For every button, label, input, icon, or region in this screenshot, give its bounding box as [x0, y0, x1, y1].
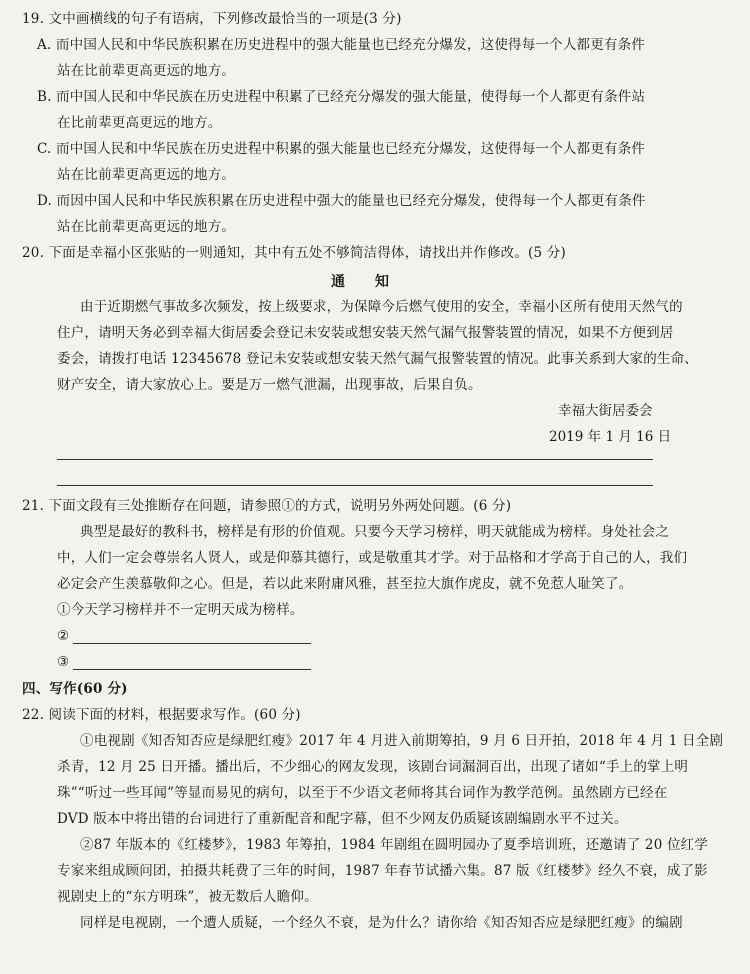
- q22-material2-line: 专家来组成顾问团，拍摄共耗费了三年的时间，1987 年春节试播六集。87 版《红…: [57, 862, 708, 880]
- q19-option-d-cont: 站在比前辈更高更远的地方。: [57, 218, 235, 236]
- q22-material1-line: ①电视剧《知否知否应是绿肥红瘦》2017 年 4 月进入前期筹拍，9 月 6 日…: [80, 732, 723, 750]
- q19-option-c-cont: 站在比前辈更高更远的地方。: [57, 166, 235, 184]
- notice-line: 住户，请明天务必到幸福大街居委会登记未安装或想安装天然气漏气报警装置的情况，如果…: [57, 324, 674, 342]
- q22-material2-line: ②87 年版本的《红楼梦》，1983 年筹拍，1984 年剧组在圆明园办了夏季培…: [80, 836, 708, 854]
- q19-option-b: B. 而中国人民和中华民族在历史进程中积累了已经充分爆发的强大能量，使得每一个人…: [37, 88, 645, 106]
- q22-material1-line: 珠”“听过一些耳闻”等显而易见的病句，以至于不少语文老师将其台词作为教学范例。虽…: [57, 784, 667, 802]
- q21-answer-1: ①今天学习榜样并不一定明天成为榜样。: [57, 601, 304, 619]
- q19-option-d: D. 而因中国人民和中华民族积累在历史进程中强大的能量也已经充分爆发，使得每一个…: [37, 192, 646, 210]
- answer-line[interactable]: [57, 459, 653, 460]
- notice-title: 通知: [0, 271, 750, 291]
- notice-line: 财产安全，请大家放心上。要是万一燃气泄漏，出现事故，后果自负。: [57, 376, 482, 394]
- q21-answer-3-label: ③: [57, 653, 69, 671]
- notice-line: 委会，请拨打电话 12345678 登记未安装或想安装天然气漏气报警装置的情况。…: [57, 350, 698, 368]
- q21-passage-line: 必定会产生羡慕敬仰之心。但是，若以此来附庸风雅，甚至拉大旗作虎皮，就不免惹人耻笑…: [57, 575, 632, 593]
- q21-answer-2-line[interactable]: [73, 643, 311, 644]
- q21-passage-line: 中，人们一定会尊崇名人贤人，或是仰慕其德行，或是敬重其才学。对于品格和才学高于自…: [57, 549, 687, 567]
- q21-passage-line: 典型是最好的教科书，榜样是有形的价值观。只要今天学习榜样，明天就能成为榜样。身处…: [80, 523, 669, 541]
- exam-page: 19. 文中画横线的句子有语病，下列修改最恰当的一项是(3 分) A. 而中国人…: [0, 0, 750, 974]
- q19-option-a-cont: 站在比前辈更高更远的地方。: [57, 62, 235, 80]
- q22-material1-line: DVD 版本中将出错的台词进行了重新配音和配字幕，但不少网友仍质疑该剧编剧水平不…: [57, 810, 628, 828]
- answer-line[interactable]: [57, 485, 653, 486]
- q22-material2-line: 视剧史上的“东方明珠”，被无数后人瞻仰。: [57, 888, 318, 906]
- section-title: 四、写作(60 分): [22, 680, 128, 698]
- q19-option-c: C. 而中国人民和中华民族在历史进程中积累的强大能量也已经充分爆发，这使得每一个…: [37, 140, 645, 158]
- q19-option-a: A. 而中国人民和中华民族积累在历史进程中的强大能量也已经充分爆发，这使得每一个…: [37, 36, 645, 54]
- notice-date: 2019 年 1 月 16 日: [549, 428, 671, 446]
- notice-line: 由于近期燃气事故多次频发，按上级要求，为保障今后燃气使用的安全，幸福小区所有使用…: [80, 298, 683, 316]
- q21-answer-3-line[interactable]: [73, 669, 311, 670]
- q19-option-b-cont: 在比前辈更高更远的地方。: [57, 114, 221, 132]
- q21-stem: 21. 下面文段有三处推断存在问题，请参照①的方式，说明另外两处问题。(6 分): [22, 497, 511, 515]
- q22-stem: 22. 阅读下面的材料，根据要求写作。(60 分): [22, 706, 301, 724]
- q21-answer-2-label: ②: [57, 627, 69, 645]
- notice-signature: 幸福大街居委会: [558, 402, 653, 420]
- q20-stem: 20. 下面是幸福小区张贴的一则通知，其中有五处不够简洁得体，请找出并作修改。(…: [22, 244, 566, 262]
- q22-material1-line: 杀青，12 月 25 日开播。播出后，不少细心的网友发现，该剧台词漏洞百出，出现…: [57, 758, 688, 776]
- q22-prompt-line: 同样是电视剧，一个遭人质疑，一个经久不衰，是为什么？请你给《知否知否应是绿肥红瘦…: [80, 914, 683, 932]
- q19-stem: 19. 文中画横线的句子有语病，下列修改最恰当的一项是(3 分): [22, 10, 402, 28]
